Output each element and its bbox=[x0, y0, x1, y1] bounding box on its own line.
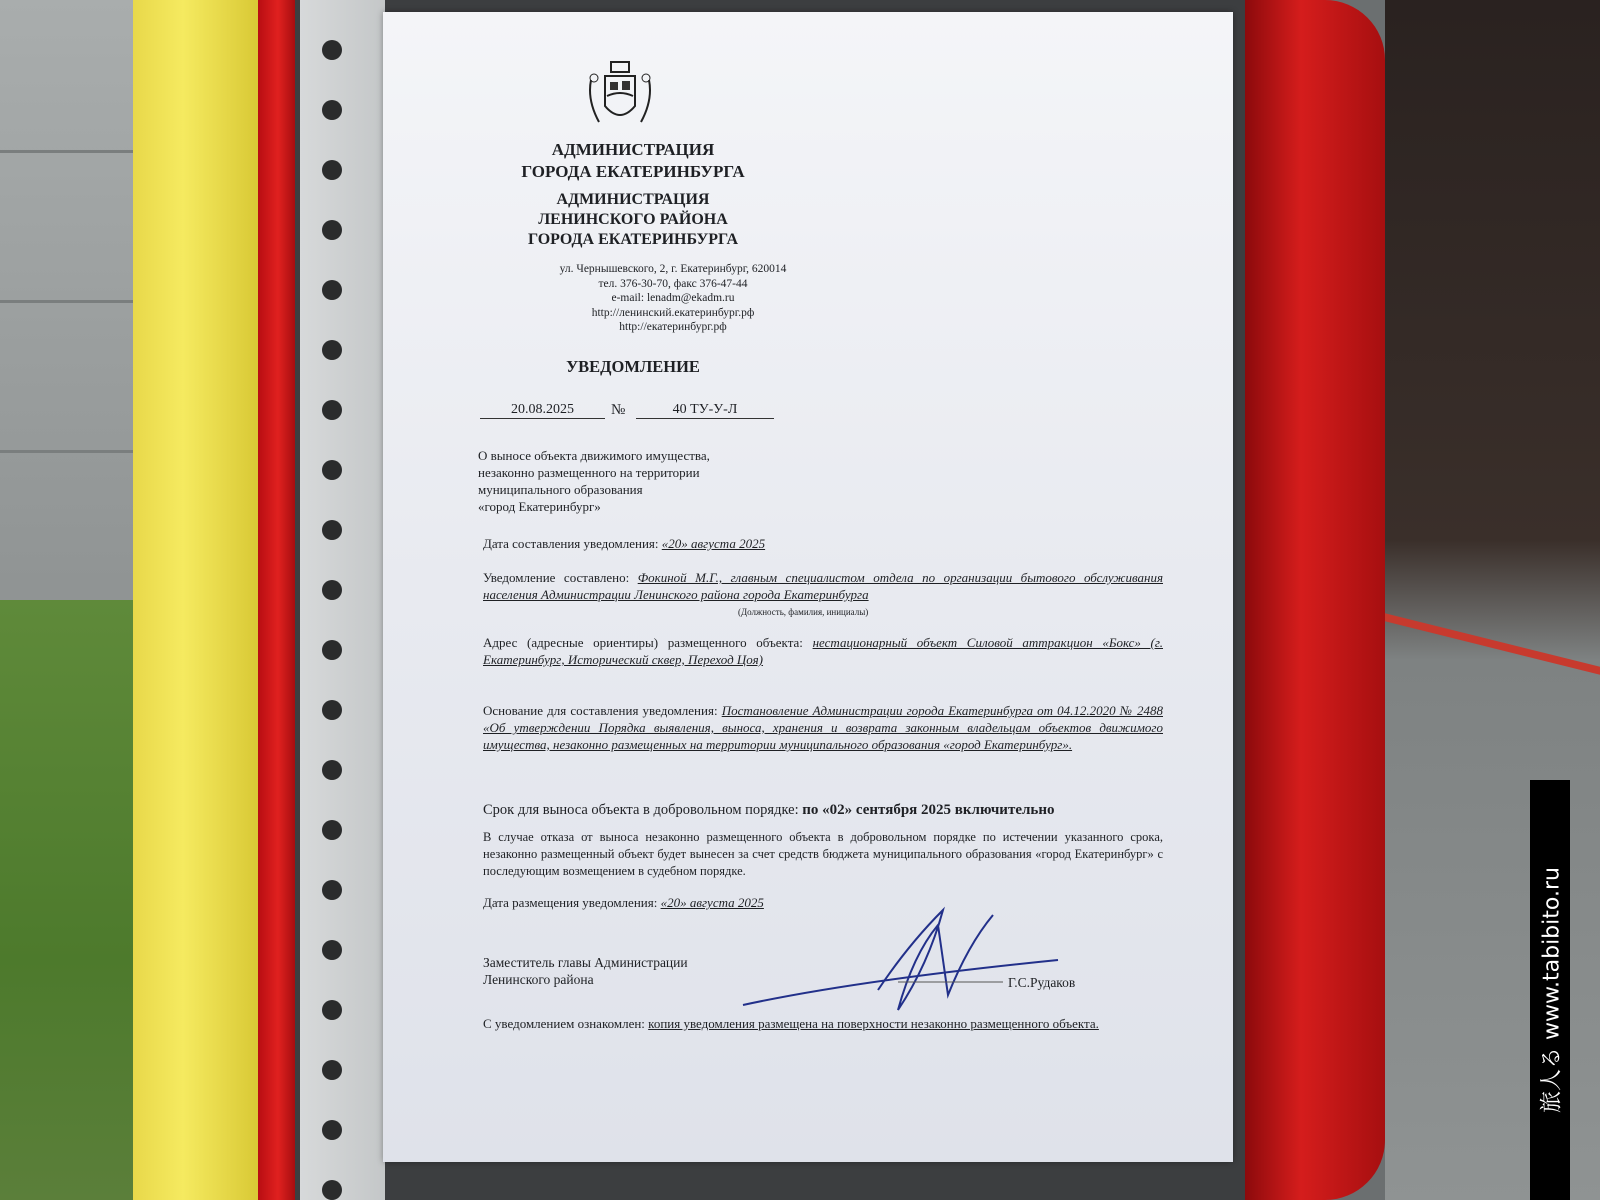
contact-site-city: http://екатеринбург.рф bbox=[463, 320, 883, 335]
number-sign: № bbox=[611, 402, 625, 419]
acknowledged-field: С уведомлением ознакомлен: копия уведомл… bbox=[483, 1015, 1163, 1032]
plastic-sleeve-edge bbox=[300, 0, 385, 1200]
contact-site-district: http://ленинский.екатеринбург.рф bbox=[463, 306, 883, 321]
signatory-name: Г.С.Рудаков bbox=[1008, 975, 1075, 991]
sleeve-hole bbox=[322, 640, 342, 660]
grass-background bbox=[0, 600, 140, 1200]
yellow-post bbox=[133, 0, 262, 1200]
contact-address: ул. Чернышевского, 2, г. Екатеринбург, 6… bbox=[463, 262, 883, 277]
sleeve-hole bbox=[322, 460, 342, 480]
sleeve-hole bbox=[322, 160, 342, 180]
deadline-field: Срок для выноса объекта в добровольном п… bbox=[483, 802, 1173, 819]
coat-of-arms-icon bbox=[585, 60, 655, 132]
registration-number: 40 ТУ-У-Л bbox=[636, 402, 774, 419]
contact-email: e-mail: lenadm@ekadm.ru bbox=[463, 291, 883, 306]
sleeve-hole bbox=[322, 100, 342, 120]
sleeve-hole bbox=[322, 1120, 342, 1140]
sleeve-hole bbox=[322, 220, 342, 240]
sleeve-hole bbox=[322, 280, 342, 300]
district-name-line3: ГОРОДА ЕКАТЕРИНБУРГА bbox=[383, 230, 883, 249]
notice-document: АДМИНИСТРАЦИЯ ГОРОДА ЕКАТЕРИНБУРГА АДМИН… bbox=[383, 12, 1233, 1162]
sleeve-hole bbox=[322, 700, 342, 720]
sleeve-hole bbox=[322, 820, 342, 840]
sleeve-hole bbox=[322, 760, 342, 780]
sleeve-hole bbox=[322, 340, 342, 360]
stone-wall-background bbox=[0, 0, 140, 610]
deadline-value: по «02» сентября 2025 включительно bbox=[802, 802, 1054, 818]
contact-phone: тел. 376-30-70, факс 376-47-44 bbox=[463, 277, 883, 292]
acknowledged-value: копия уведомления размещена на поверхнос… bbox=[648, 1016, 1099, 1031]
red-stand-frame-left bbox=[258, 0, 298, 1200]
district-name-line2: ЛЕНИНСКОГО РАЙОНА bbox=[383, 210, 883, 229]
sleeve-hole bbox=[322, 580, 342, 600]
site-watermark: 旅人る www.tabibito.ru bbox=[1530, 780, 1570, 1200]
date-compiled-field: Дата составления уведомления: «20» авгус… bbox=[483, 535, 1163, 552]
basis-field: Основание для составления уведомления: П… bbox=[483, 702, 1163, 753]
sleeve-hole bbox=[322, 400, 342, 420]
district-name-line1: АДМИНИСТРАЦИЯ bbox=[383, 190, 883, 209]
document-title: УВЕДОМЛЕНИЕ bbox=[383, 357, 883, 377]
date-compiled-value: «20» августа 2025 bbox=[662, 536, 765, 551]
sleeve-hole bbox=[322, 40, 342, 60]
org-name-line1: АДМИНИСТРАЦИЯ bbox=[383, 140, 883, 159]
sleeve-hole bbox=[322, 940, 342, 960]
org-name-line2: ГОРОДА ЕКАТЕРИНБУРГА bbox=[383, 162, 883, 181]
sleeve-hole bbox=[322, 1000, 342, 1020]
document-subject: О выносе объекта движимого имущества, не… bbox=[478, 447, 798, 515]
registration-date: 20.08.2025 bbox=[480, 402, 605, 419]
signature-icon bbox=[738, 905, 1068, 1015]
sleeve-hole bbox=[322, 1060, 342, 1080]
compiled-by-field: Уведомление составлено: Фокиной М.Г., гл… bbox=[483, 569, 1163, 603]
red-stand-frame-right bbox=[1245, 0, 1385, 1200]
sleeve-hole bbox=[322, 880, 342, 900]
sleeve-hole bbox=[322, 1180, 342, 1200]
contact-block: ул. Чернышевского, 2, г. Екатеринбург, 6… bbox=[463, 262, 883, 335]
warning-text: В случае отказа от выноса незаконно разм… bbox=[483, 829, 1163, 880]
object-address-field: Адрес (адресные ориентиры) размещенного … bbox=[483, 634, 1163, 668]
sleeve-hole bbox=[322, 520, 342, 540]
compiled-by-hint: (Должность, фамилия, инициалы) bbox=[738, 607, 868, 617]
signatory-title: Заместитель главы Администрации Ленинско… bbox=[483, 954, 688, 988]
